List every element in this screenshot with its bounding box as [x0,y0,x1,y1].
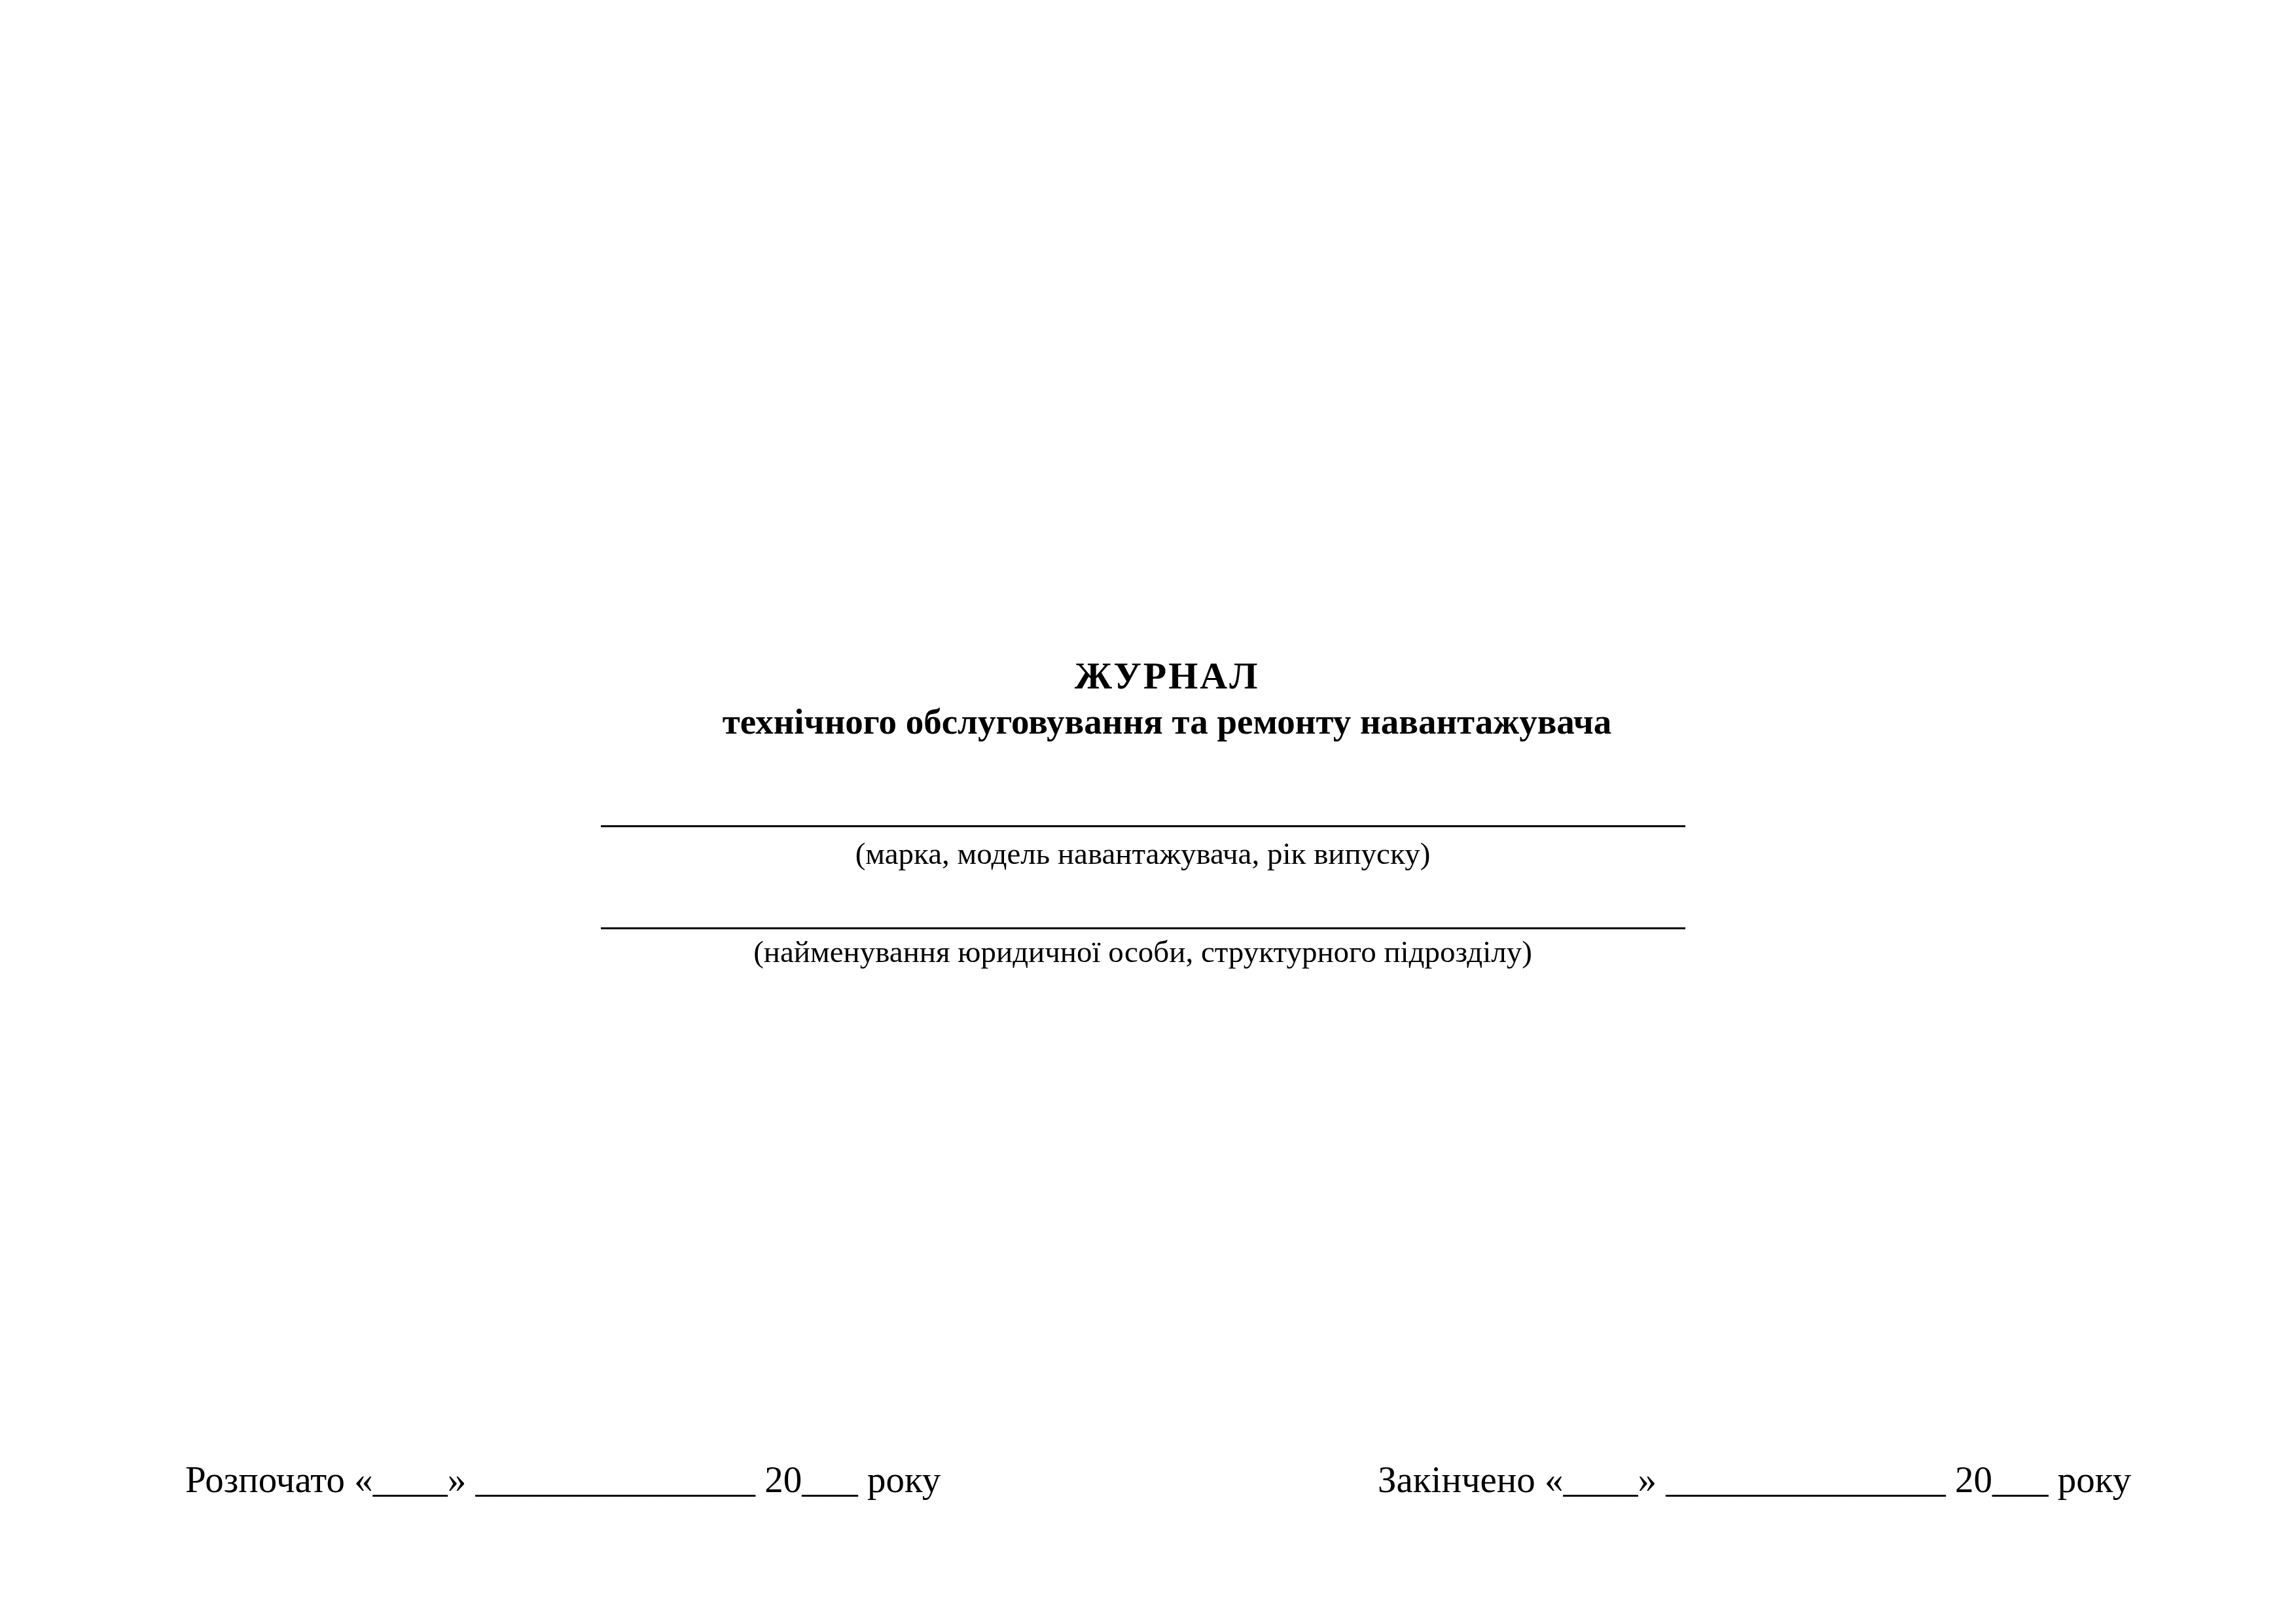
forklift-model-fill-line[interactable] [601,825,1685,827]
started-month-blank[interactable]: _______________ [475,1459,755,1501]
finished-day-blank[interactable]: ____ [1564,1459,1638,1501]
document-title: ЖУРНАЛ [840,657,1494,695]
document-page: ЖУРНАЛ технічного обслуговування та ремо… [0,0,2296,1623]
finished-close-quote: » [1638,1459,1657,1501]
started-suffix: року [867,1459,941,1501]
started-label: Розпочато [185,1459,345,1501]
started-day-blank[interactable]: ____ [373,1459,448,1501]
organization-name-caption: (найменування юридичної особи, структурн… [488,937,1797,968]
finished-date-line: Закінчено «____» _______________ 20___ р… [1378,1461,2131,1499]
finished-month-blank[interactable]: _______________ [1666,1459,1946,1501]
finished-label: Закінчено [1378,1459,1535,1501]
started-year-prefix: 20 [764,1459,802,1501]
organization-name-fill-line[interactable] [601,927,1685,929]
started-open-quote: « [354,1459,373,1501]
started-year-blank[interactable]: ___ [802,1459,858,1501]
started-date-line: Розпочато «____» _______________ 20___ р… [185,1461,941,1499]
document-subtitle: технічного обслуговування та ремонту нав… [512,704,1821,740]
started-close-quote: » [448,1459,467,1501]
finished-open-quote: « [1545,1459,1564,1501]
finished-year-blank[interactable]: ___ [1992,1459,2049,1501]
finished-year-prefix: 20 [1955,1459,1992,1501]
finished-suffix: року [2058,1459,2131,1501]
forklift-model-caption: (марка, модель навантажувача, рік випуск… [488,839,1797,870]
